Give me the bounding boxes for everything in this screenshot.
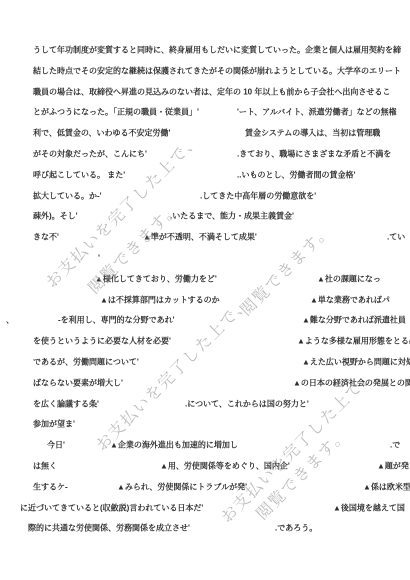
watermark-text: 閲覧できます。 bbox=[234, 218, 336, 320]
watermark-text: お支払いを完了した上で、 bbox=[90, 291, 255, 456]
watermark-text: お支払いを完了した上で、 bbox=[215, 363, 380, 528]
watermark-layer: お支払いを完了した上で、閲覧できます。閲覧できます。お支払いを完了した上で、お支… bbox=[0, 0, 410, 580]
watermark-text: 閲覧できます。 bbox=[250, 422, 352, 524]
watermark-text: お支払いを完了した上で、 bbox=[40, 128, 205, 293]
watermark-text: 閲覧できます。 bbox=[82, 196, 184, 298]
document-page: うして年功制度が変質すると同時に、終身雇用もしだいに変質していった。企業と個人は… bbox=[0, 0, 410, 580]
